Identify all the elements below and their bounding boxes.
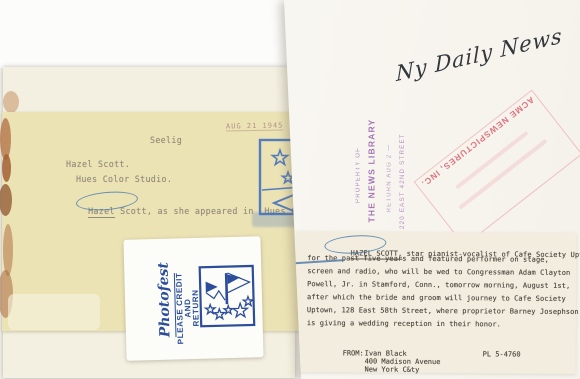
- stain-mark: [3, 224, 13, 276]
- stamp-line-address: 220 EAST 42ND STREET: [399, 134, 406, 229]
- photographer-credit: Seelig: [150, 135, 182, 145]
- stamp-line-property: PROPERTY OF: [356, 128, 362, 223]
- acme-agency-stamp: ACME NEWSPICTURES, INC.: [414, 90, 580, 247]
- stain-mark: [3, 91, 19, 113]
- caption-line-3: screen and radio, who will be wed to Con…: [307, 267, 570, 277]
- caption-line-7: is giving a wedding reception in their h…: [307, 319, 501, 328]
- backdrop-top-strip: [0, 0, 292, 68]
- caption-slip: HAZEL SCOTT, star pianist-vocalist of Ca…: [296, 231, 577, 374]
- stamp-line-library: THE NEWS LIBRARY: [367, 128, 377, 223]
- contact-address-2: New York C&ty: [365, 366, 420, 374]
- stain-mark: [0, 184, 12, 216]
- photofest-card: Photofest PLEASE CREDIT AND RETURN: [123, 236, 263, 361]
- contact-name: Ivan Black: [365, 350, 407, 358]
- from-label: FROM:: [343, 349, 364, 357]
- studio-line: Hues Color Studio.: [76, 174, 172, 184]
- photofest-brand: Photofest: [156, 273, 177, 337]
- stain-mark: [2, 154, 11, 182]
- stamp-line-return: RETURN AUG 2 —: [387, 131, 393, 226]
- caption-line-5: after which the bride and groom will jou…: [307, 293, 566, 303]
- photo-back-surface: Ny Daily News PROPERTY OF THE NEWS LIBRA…: [270, 0, 580, 379]
- subject-name-line: Hazel Scott.: [66, 159, 130, 169]
- worn-patch: [8, 294, 100, 330]
- press-photo-verso-scan: AUG 21 1945 Seelig Hazel Scott. Hues Col…: [0, 0, 580, 379]
- acme-stamp-text: ACME NEWSPICTURES, INC.: [419, 95, 536, 189]
- caption-line-6: Uptown, 128 East 58th Street, where prop…: [307, 306, 579, 316]
- photofest-logo-icon: [198, 264, 256, 331]
- photo-back-paper: Ny Daily News PROPERTY OF THE NEWS LIBRA…: [270, 0, 580, 379]
- contact-phone: PL 5-4760: [483, 350, 521, 358]
- handwritten-publication-note: Ny Daily News: [396, 23, 563, 86]
- caption-line-4: Powell, Jr. in Stamford, Conn., tomorrow…: [307, 280, 570, 290]
